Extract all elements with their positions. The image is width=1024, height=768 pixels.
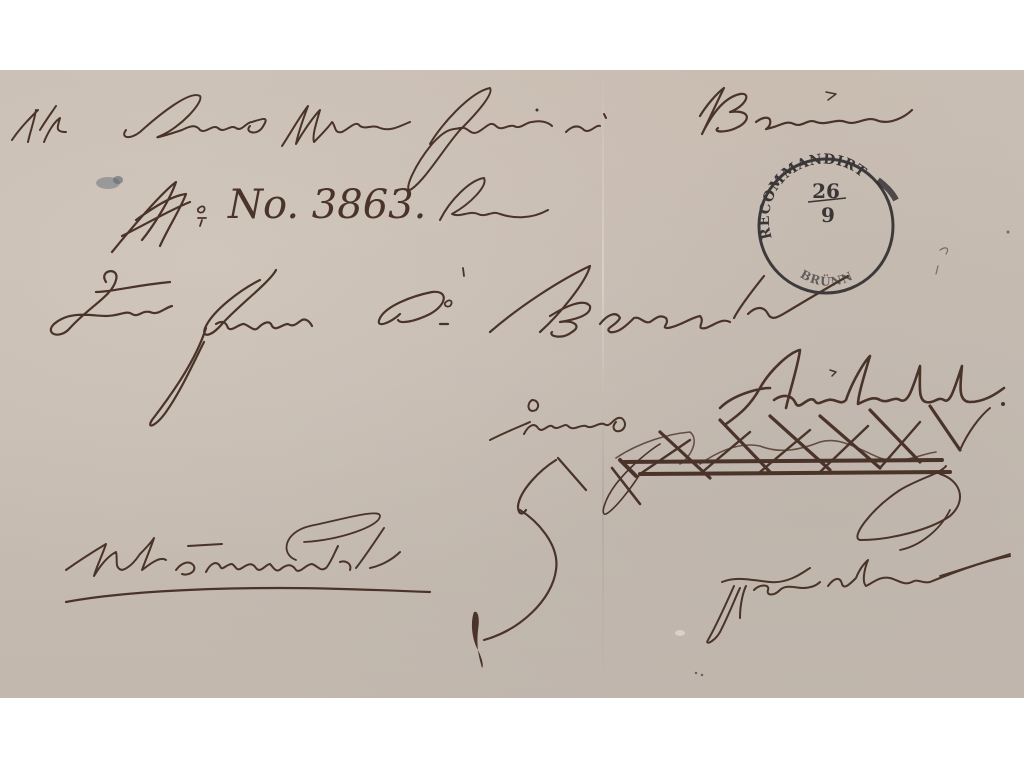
postmark-month: 9: [821, 203, 835, 227]
letter-cover: No. 3863. RECOMM: [0, 70, 1024, 698]
registered-note: [66, 513, 430, 602]
ink-smudge: [96, 176, 123, 189]
postmark-recommandirt: RECOMMANDIRT BRÜNN 26 9: [757, 151, 896, 293]
crossed-out-text: [603, 406, 1010, 576]
numeral-mark: [472, 458, 586, 668]
handwriting-layer: No. 3863. RECOMM: [0, 70, 1024, 698]
reference-number-text: No. 3863.: [227, 182, 426, 228]
postmark-bottom-text: BRÜNN: [798, 267, 856, 289]
former-location-line: [490, 350, 1005, 440]
reference-number-line: No. 3863.: [112, 178, 548, 252]
document-viewer: No. 3863. RECOMM: [0, 0, 1024, 768]
lower-right-note: [707, 556, 1010, 643]
